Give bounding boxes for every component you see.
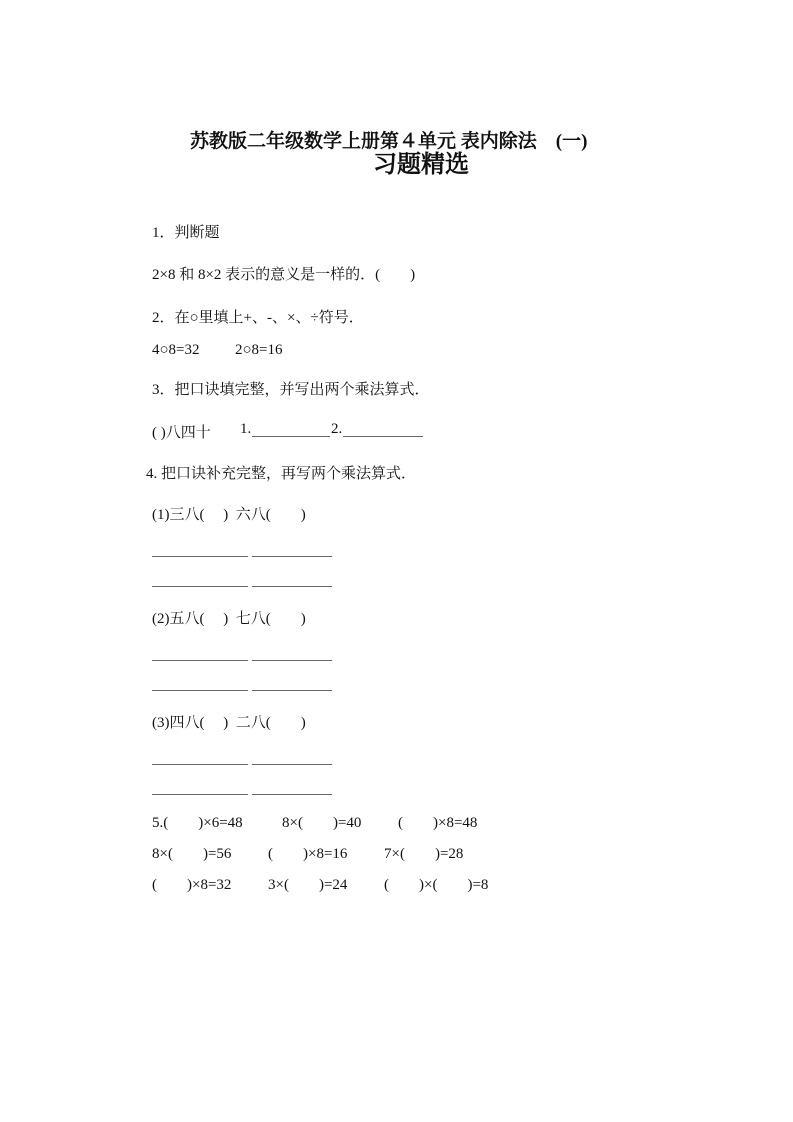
q5-r1-c3: ( )×8=48 <box>398 811 477 832</box>
q1-statement: 2×8 和 8×2 表示的意义是一样的．( ) <box>152 263 415 284</box>
q5-r2-c2: ( )×8=16 <box>268 842 347 863</box>
q3-blank2-label: 2. <box>331 421 342 438</box>
q4-group-1-blank-4[interactable] <box>252 586 332 587</box>
q4-group-1-label: (1)三八( ) 六八( ) <box>152 503 306 524</box>
q5-r3-c1: ( )×8=32 <box>152 873 231 894</box>
q1-heading: 1．判断题 <box>152 221 220 242</box>
q3-heading: 3．把口诀填完整，并写出两个乘法算式． <box>152 378 430 399</box>
q4-heading: 4. 把口诀补充完整，再写两个乘法算式． <box>146 462 416 483</box>
q5-r1-c1: 5.( )×6=48 <box>152 811 243 832</box>
q4-group-3-blank-2[interactable] <box>252 764 332 765</box>
q3-answer-blank-1[interactable] <box>252 436 330 437</box>
q4-group-3-blank-1[interactable] <box>152 764 248 765</box>
q4-group-2-blank-2[interactable] <box>252 660 332 661</box>
q3-answer-blank-2[interactable] <box>343 436 423 437</box>
q5-r3-c2: 3×( )=24 <box>268 873 347 894</box>
q5-r1-c2: 8×( )=40 <box>282 811 361 832</box>
document-subtitle: 习题精选 <box>373 144 469 179</box>
q4-group-1-blank-1[interactable] <box>152 556 248 557</box>
document-title: 苏教版二年级数学上册第４单元 表内除法 (一) <box>0 104 793 148</box>
q2-item-1: 4○8=32 <box>152 342 200 359</box>
q2-heading: 2．在○里填上+、-、×、÷符号． <box>152 306 364 327</box>
q2-item-2: 2○8=16 <box>235 342 283 359</box>
q3-blank1-label: 1. <box>240 421 251 438</box>
q4-group-2-blank-4[interactable] <box>252 690 332 691</box>
q3-prompt: ( )八四十 <box>152 421 211 442</box>
q5-r3-c3: ( )×( )=8 <box>384 873 488 894</box>
q4-group-2-blank-1[interactable] <box>152 660 248 661</box>
q4-group-3-blank-4[interactable] <box>252 794 332 795</box>
q4-group-3-label: (3)四八( ) 二八( ) <box>152 711 306 732</box>
q4-group-1-blank-3[interactable] <box>152 586 248 587</box>
q4-group-2-label: (2)五八( ) 七八( ) <box>152 607 306 628</box>
q5-r2-c3: 7×( )=28 <box>384 842 463 863</box>
q5-r2-c1: 8×( )=56 <box>152 842 231 863</box>
q4-group-3-blank-3[interactable] <box>152 794 248 795</box>
q4-group-2-blank-3[interactable] <box>152 690 248 691</box>
q4-group-1-blank-2[interactable] <box>252 556 332 557</box>
